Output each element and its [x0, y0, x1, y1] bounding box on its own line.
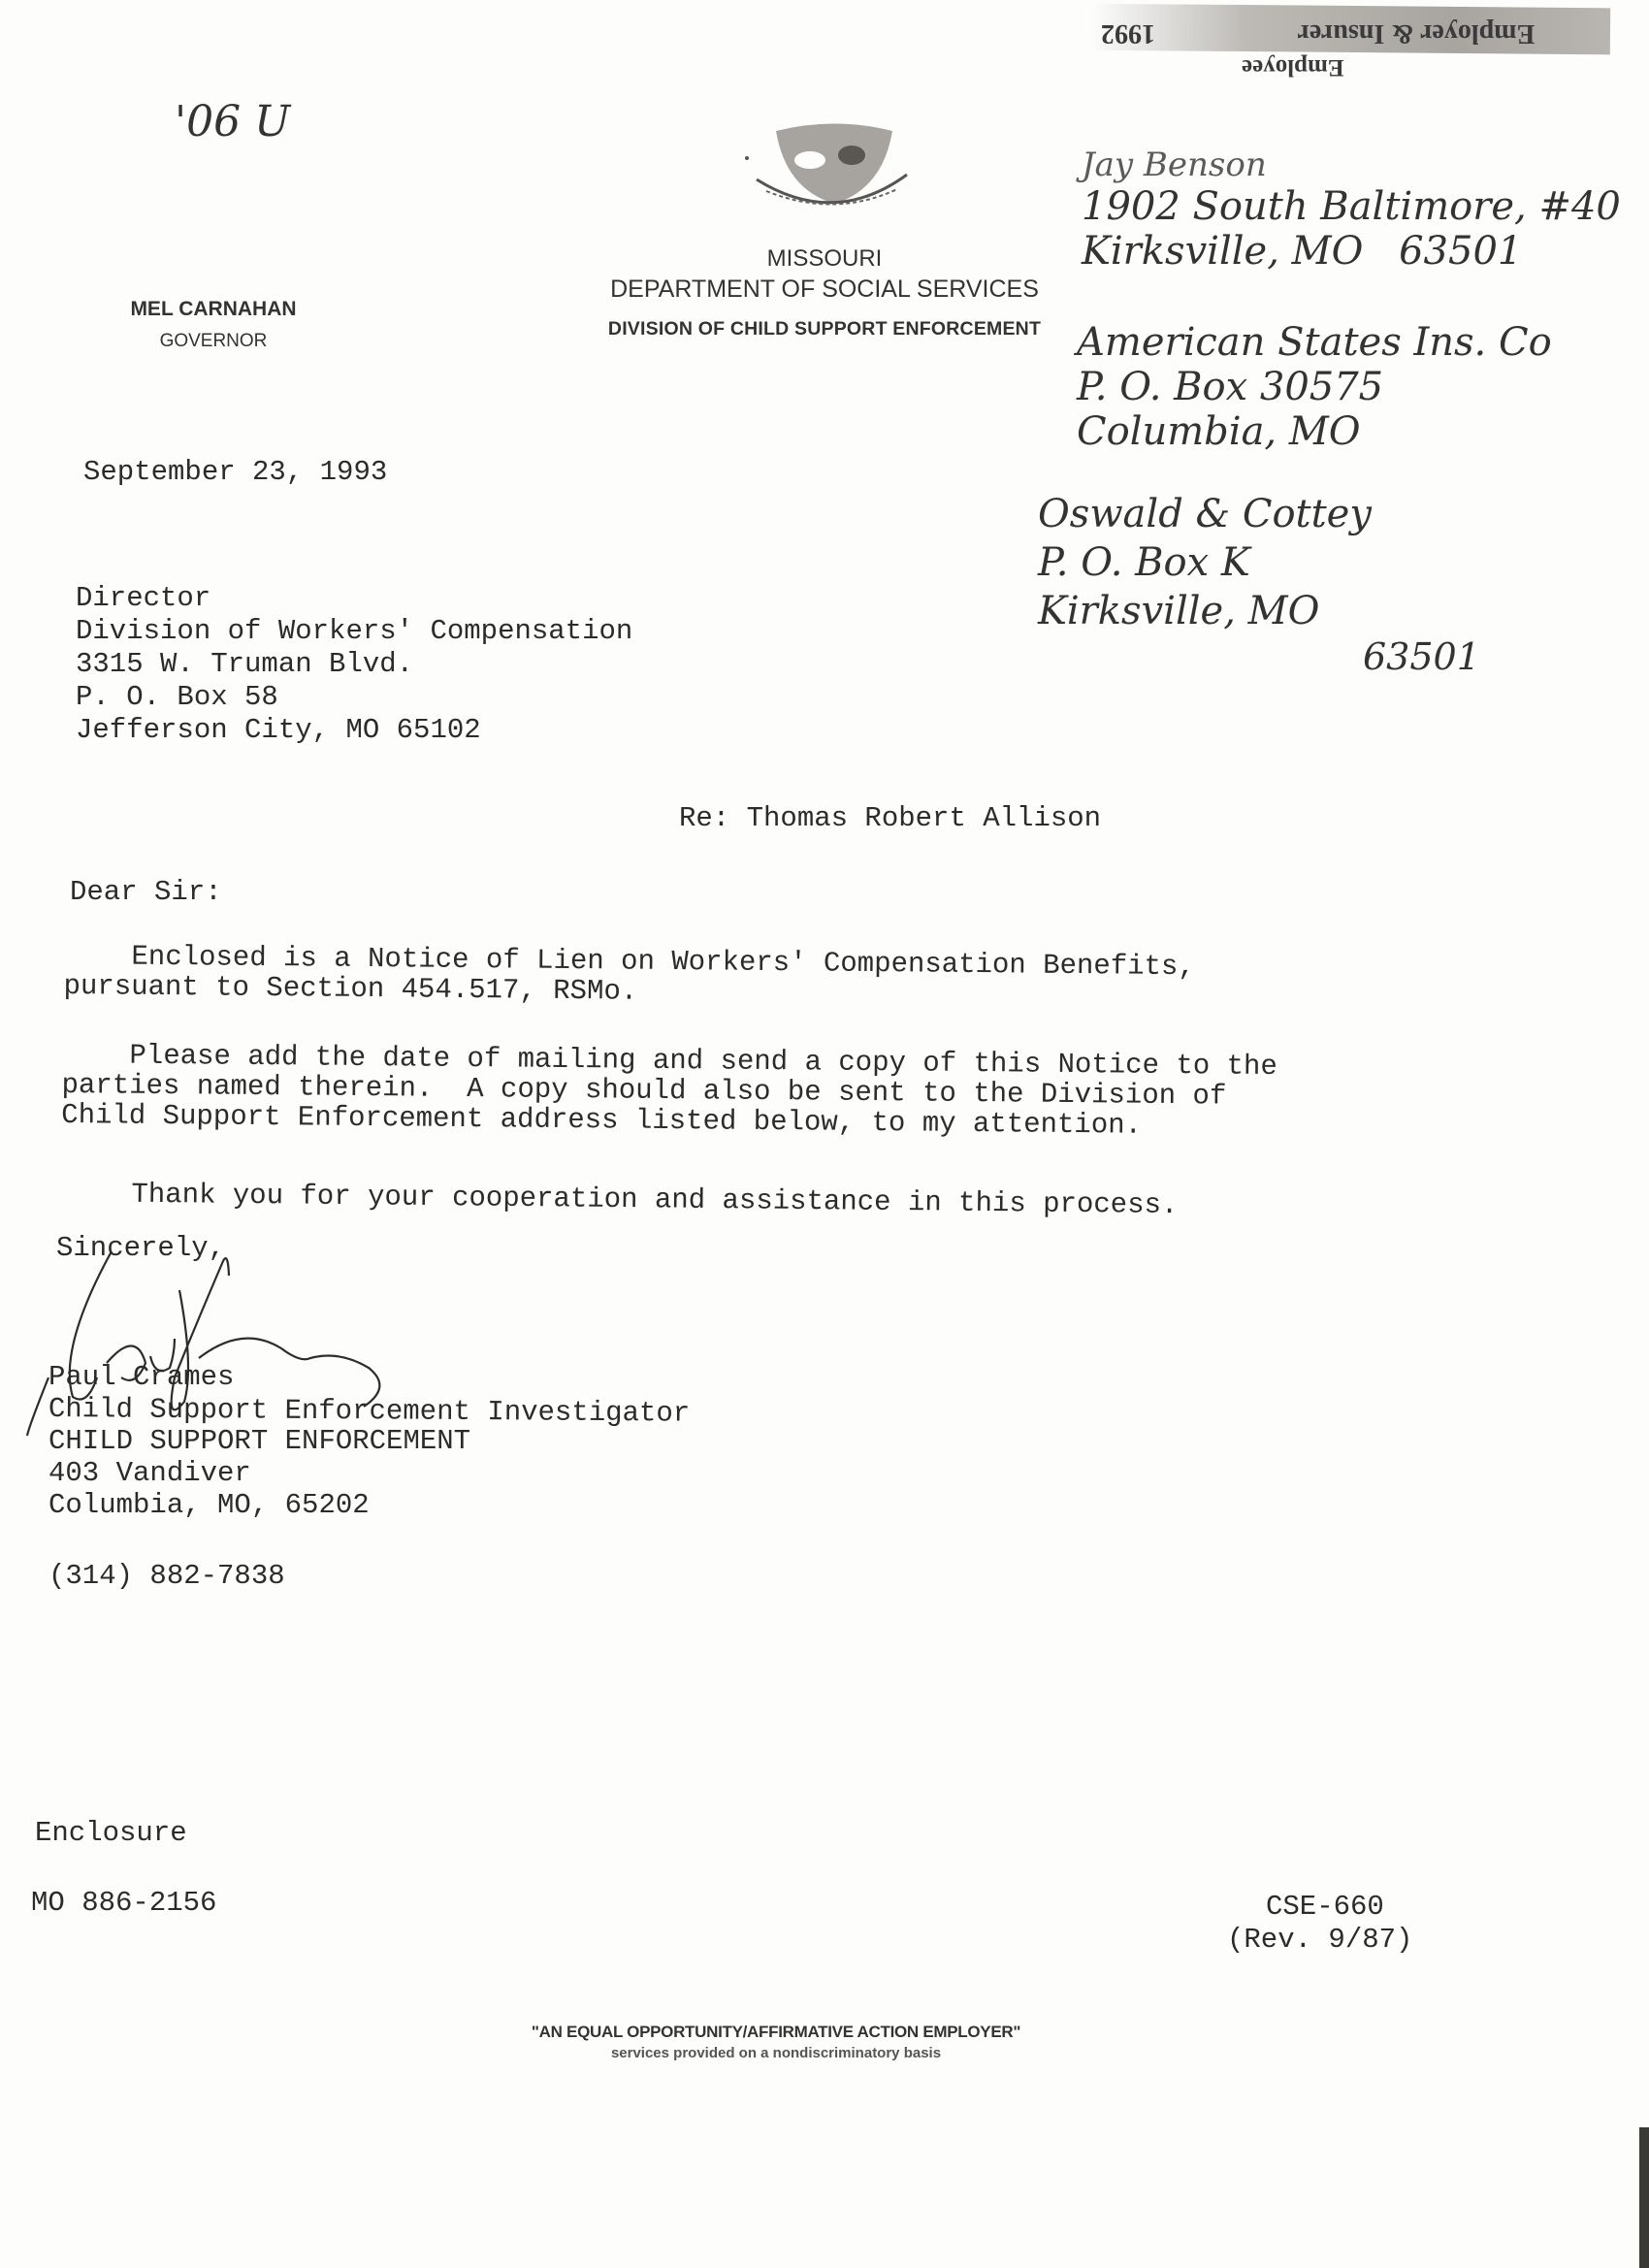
re-line: Re: Thomas Robert Allison	[679, 802, 1101, 834]
form-number-left: MO 886-2156	[31, 1887, 216, 1919]
missouri-state-seal-icon	[737, 121, 931, 218]
recipient-line: P. O. Box 58	[76, 681, 632, 714]
signer-name: Paul Crames	[48, 1361, 690, 1393]
body-paragraph-2: Please add the date of mailing and send …	[61, 1040, 1498, 1144]
letterhead-department: DEPARTMENT OF SOCIAL SERVICES	[524, 275, 1125, 304]
address-zip: 63501	[1399, 229, 1522, 274]
address-line1: P. O. Box K	[1038, 538, 1372, 587]
footer-nondiscriminatory: services provided on a nondiscriminatory…	[291, 2045, 1261, 2061]
address-name: American States Ins. Co	[1077, 320, 1552, 365]
enclosure-note: Enclosure	[35, 1817, 187, 1849]
scan-edge-artifact	[1639, 2127, 1649, 2268]
signer-street: 403 Vandiver	[48, 1457, 690, 1489]
form-revision: (Rev. 9/87)	[1227, 1924, 1412, 1956]
address-name: Jay Benson	[1082, 146, 1621, 184]
paragraph-line: Thank you for your cooperation and assis…	[64, 1179, 1500, 1223]
governor-name: MEL CARNAHAN	[58, 298, 369, 321]
stamp-employer-insurer: Employer & Insurer 1992	[1101, 17, 1535, 49]
recipient-line: 3315 W. Truman Blvd.	[76, 648, 632, 681]
signer-block: Paul Crames Child Support Enforcement In…	[48, 1361, 690, 1521]
address-line1: 1902 South Baltimore, #40	[1082, 184, 1621, 229]
recipient-line: Director	[76, 582, 632, 615]
letterhead-division: DIVISION OF CHILD SUPPORT ENFORCEMENT	[524, 318, 1125, 340]
address-line2: Kirksville, MO 63501	[1082, 229, 1621, 274]
signer-office: CHILD SUPPORT ENFORCEMENT	[48, 1425, 690, 1457]
signer-city: Columbia, MO, 65202	[48, 1489, 690, 1521]
handwritten-note: '06 U	[175, 97, 290, 146]
handwritten-address-employer: Oswald & Cottey P. O. Box K Kirksville, …	[1038, 490, 1372, 635]
stamp-line1: Employer & Insurer	[1298, 18, 1535, 49]
letter-date: September 23, 1993	[83, 456, 387, 488]
handwritten-address-employee: Jay Benson 1902 South Baltimore, #40 Kir…	[1082, 146, 1621, 274]
recipient-line: Division of Workers' Compensation	[76, 615, 632, 648]
form-number-right: CSE-660	[1266, 1891, 1384, 1923]
signer-phone: (314) 882-7838	[48, 1560, 285, 1592]
address-name: Oswald & Cottey	[1038, 490, 1372, 538]
address-line2: Kirksville, MO	[1038, 587, 1372, 635]
body-paragraph-1: Enclosed is a Notice of Lien on Workers'…	[63, 941, 1500, 1015]
footer-equal-opportunity: "AN EQUAL OPPORTUNITY/AFFIRMATIVE ACTION…	[291, 2023, 1261, 2042]
salutation: Dear Sir:	[70, 876, 222, 908]
governor-title: GOVERNOR	[58, 331, 369, 352]
address-zip: 63501	[1363, 635, 1480, 678]
address-city: Kirksville, MO	[1082, 229, 1363, 274]
signer-title: Child Support Enforcement Investigator	[48, 1393, 691, 1430]
handwritten-address-insurer: American States Ins. Co P. O. Box 30575 …	[1077, 320, 1552, 454]
stamp-date: 1992	[1101, 18, 1155, 49]
address-line1: P. O. Box 30575	[1077, 365, 1552, 409]
letterhead-state: MISSOURI	[524, 245, 1125, 273]
recipient-address: Director Division of Workers' Compensati…	[76, 582, 632, 747]
recipient-line: Jefferson City, MO 65102	[76, 714, 632, 747]
stamp-employee: Employee	[1242, 53, 1344, 81]
body-paragraph-3: Thank you for your cooperation and assis…	[64, 1179, 1500, 1223]
address-line2: Columbia, MO	[1077, 409, 1552, 454]
